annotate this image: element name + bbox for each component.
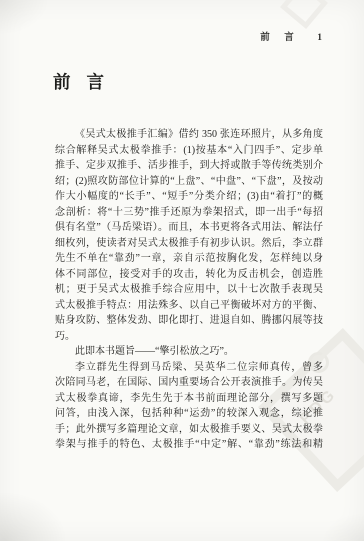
pdg-watermark-corner-fragment xyxy=(280,0,328,29)
text-line: 机；更于吴式太极推手综合应用中，以十七次散手表现吴 xyxy=(55,282,323,298)
text-line: 手；此外撰写多篇理论文章，如太极推手要义、吴式太极拳 xyxy=(55,422,323,438)
text-line: 拳架与推手的特色、太极推手“中定”解、“靠劲”练法和精 xyxy=(55,437,323,453)
text-line: 问答，由浅入深，包括种种“运劲”的较深入观念，综论推 xyxy=(55,406,323,422)
text-line: 巧。 xyxy=(55,329,323,345)
text-line: 综合解释吴式太极拳推手：(1)按基本“入门四手”、定步单 xyxy=(55,143,323,159)
book-page: PDG 前言 1 前言 《吴式太极推手汇编》借约 350 张连环照片，从多角度 … xyxy=(0,0,364,541)
body-text: 《吴式太极推手汇编》借约 350 张连环照片，从多角度 综合解释吴式太极拳推手：… xyxy=(55,127,323,453)
text-line: 次陪同马老，在国际、国内重要场合公开表演推手。为传吴 xyxy=(55,375,323,391)
text-line: 式太极推手特点：用法殊多、以自己平衡破坏对方的平衡、 xyxy=(55,298,323,314)
text-line: 绍；(2)照攻防部位计算的“上盘”、“中盘”、“下盘”，及按动 xyxy=(55,174,323,190)
text-line: 作大小幅度的“长手”、“短手”分类介绍；(3)由“着打”的概 xyxy=(55,189,323,205)
text-line: 贴身攻防、整体发劲、即化即打、进退自如、腾挪闪展等技 xyxy=(55,313,323,329)
running-header-title: 前言 xyxy=(260,29,308,43)
text-line: 俱有名堂”（马岳梁语）。而且，本书更将各式用法、解法仔 xyxy=(55,220,323,236)
text-line: 先生不单在“靠劲”一章，亲自示范按胸化发，怎样纯以身 xyxy=(55,251,323,267)
page-title: 前言 xyxy=(53,69,120,94)
running-header: 前言 1 xyxy=(260,29,322,43)
text-line: 此即本书题旨——“擎引松放之巧”。 xyxy=(55,344,323,360)
text-line: 体不同部位，接受对手的攻击，转化为反击机会，创造胜 xyxy=(55,267,323,283)
text-line: 李立群先生得到马岳梁、吴英华二位宗师真传，曾多 xyxy=(55,360,323,376)
page-number: 1 xyxy=(317,33,322,43)
text-line: 细枚列，使读者对吴式太极推手有初步认识。然后，李立群 xyxy=(55,236,323,252)
text-line: 《吴式太极推手汇编》借约 350 张连环照片，从多角度 xyxy=(55,127,323,143)
text-line: 推手、定步双推手、活步推手，到大捋或散手等传统类别介 xyxy=(55,158,323,174)
text-line: 式太极拳真谛，李先生先于本书前面理论部分，撰写多题 xyxy=(55,391,323,407)
text-line: 念剖析：将“十三势”推手还原为拳架招式，即一出手“每招 xyxy=(55,205,323,221)
